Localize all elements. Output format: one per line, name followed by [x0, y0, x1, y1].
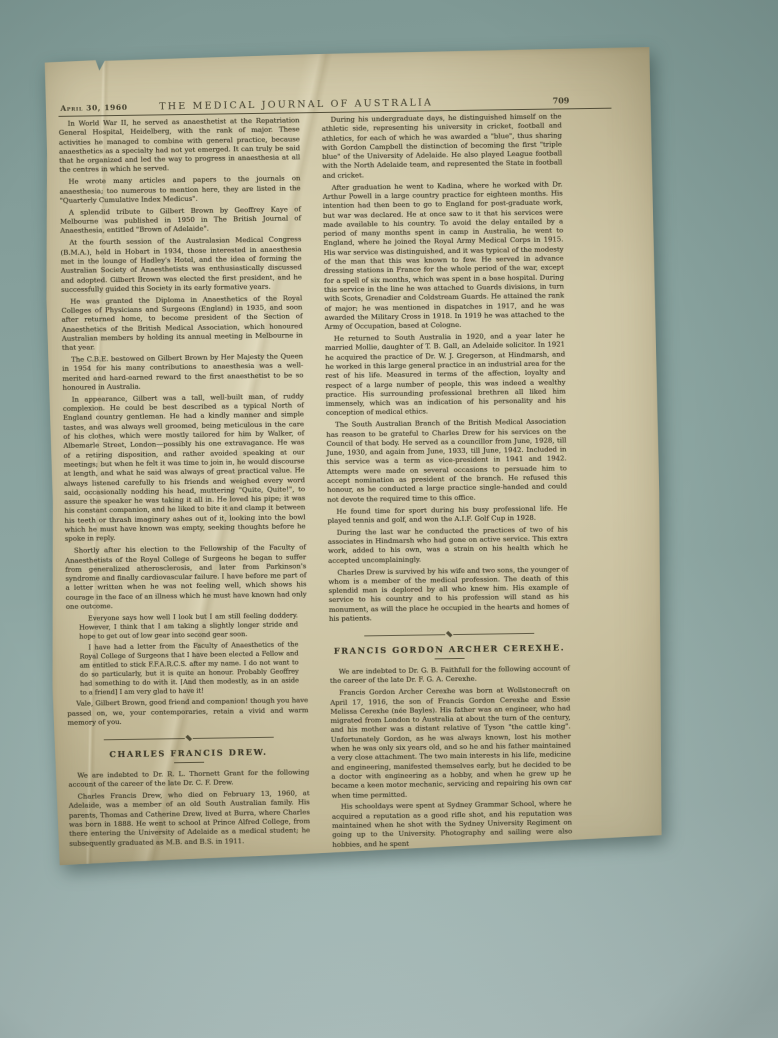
paragraph: Charles Francis Drew, who died on Februa…	[69, 789, 311, 848]
section-divider	[364, 630, 534, 639]
left-column: In World War II, he served as anaestheti…	[59, 116, 311, 856]
paragraph: Francis Gordon Archer Cerexhe was born a…	[330, 686, 572, 801]
divider-line	[453, 633, 534, 635]
paragraph: During his undergraduate days, he distin…	[322, 112, 563, 181]
paragraph: At the fourth session of the Australasia…	[60, 236, 302, 295]
paragraph: Charles Drew is survived by his wife and…	[328, 565, 569, 624]
journal-title: THE MEDICAL JOURNAL OF AUSTRALIA	[159, 97, 433, 112]
right-column: During his undergraduate days, he distin…	[322, 112, 573, 852]
article-heading-wrap: FRANCIS GORDON ARCHER CEREXHE.	[329, 644, 569, 661]
journal-page-wrap: April 30, 1960 THE MEDICAL JOURNAL OF AU…	[42, 47, 666, 866]
heading-rule	[174, 762, 204, 763]
paragraph: A splendid tribute to Gilbert Brown by G…	[60, 205, 301, 236]
page-number: 709	[553, 95, 570, 105]
editorial-note: We are indebted to Dr. G. B. Faithfull f…	[330, 664, 570, 686]
paragraph: He was granted the Diploma in Anaestheti…	[61, 294, 303, 353]
heading-rule	[435, 658, 465, 659]
quote-paragraph: I have had a letter from the Faculty of …	[79, 640, 308, 697]
paragraph: In World War II, he served as anaestheti…	[59, 116, 301, 175]
photo-background: April 30, 1960 THE MEDICAL JOURNAL OF AU…	[0, 0, 778, 1038]
issue-date: April 30, 1960	[60, 103, 127, 113]
article-heading: FRANCIS GORDON ARCHER CEREXHE.	[329, 644, 569, 657]
paragraph: The South Australian Branch of the Briti…	[326, 418, 567, 505]
divider-line	[364, 634, 445, 636]
journal-page: April 30, 1960 THE MEDICAL JOURNAL OF AU…	[42, 47, 666, 866]
divider-line	[192, 736, 273, 738]
paragraph: In appearance, Gilbert was a tall, well-…	[63, 392, 306, 544]
paragraph: He returned to South Australia in 1920, …	[325, 331, 566, 418]
paragraph: He found time for sport during his busy …	[327, 504, 567, 526]
paragraph: He wrote many articles and papers to the…	[59, 175, 300, 206]
divider-diamond	[446, 631, 453, 638]
paragraph: During the last war he conducted the pra…	[328, 525, 569, 566]
paragraph: After graduation he went to Kadina, wher…	[323, 180, 565, 332]
page-header: April 30, 1960 THE MEDICAL JOURNAL OF AU…	[58, 84, 611, 117]
divider-diamond	[185, 735, 192, 742]
section-divider	[103, 734, 273, 743]
divider-line	[103, 738, 184, 740]
paragraph: Vale, Gilbert Brown, good friend and com…	[67, 696, 308, 727]
article-heading-wrap: CHARLES FRANCIS DREW.	[68, 747, 309, 764]
paragraph: His schooldays were spent at Sydney Gram…	[332, 800, 573, 850]
quote-paragraph: Everyone says how well I look but I am s…	[79, 611, 307, 641]
editorial-note: We are indebted to Dr. R. L. Thornett Gr…	[68, 768, 309, 790]
page-content: In World War II, he served as anaestheti…	[59, 112, 623, 857]
article-heading: CHARLES FRANCIS DREW.	[68, 747, 309, 760]
paragraph: Shortly after his election to the Fellow…	[65, 543, 307, 612]
paragraph: The C.B.E. bestowed on Gilbert Brown by …	[62, 352, 304, 393]
